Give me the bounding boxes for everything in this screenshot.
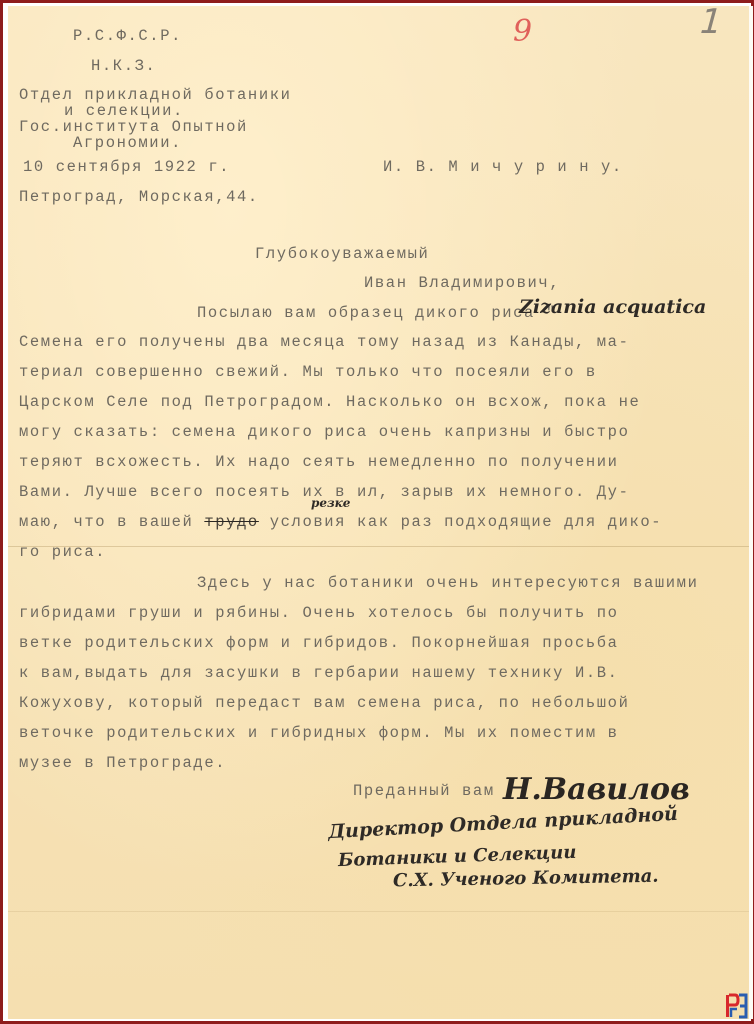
body-p1-line5: могу сказать: семена дикого риса очень к… [19,423,629,441]
salutation-line1: Глубокоуважаемый [255,245,429,263]
body-p1-line3: териал совершенно свежий. Мы только что … [19,363,597,381]
paper-fold-line [8,546,749,547]
struck-word: трудо [204,513,259,531]
body-p1-line8: маю, что в вашей трудо условия как раз п… [19,513,662,531]
body-p1-line1: Посылаю вам образец дикого риса " [197,304,557,322]
body-p1-line9: го риса. [19,543,106,561]
body-p2-line1: Здесь у нас ботаники очень интересуются … [197,574,698,592]
letterhead-rsfsr: Р.С.Ф.С.Р. [73,27,182,45]
body-p1-line4: Царском Селе под Петроградом. Насколько … [19,393,640,411]
body-p2-line7: музее в Петрограде. [19,754,226,772]
signature: Н.Вавилов [503,772,690,807]
body-p2-line5: Кожухову, который передаст вам семена ри… [19,694,629,712]
body-p1-line6: теряют всхожесть. Их надо сеять немедлен… [19,453,619,471]
paper-fold-line [8,911,749,912]
letterhead-agronomy: Агрономии. [73,134,182,152]
salutation-line2: Иван Владимирович, [364,274,560,292]
signature-title-line3: С.Х. Ученого Комитета. [393,866,659,892]
handwritten-species-name: Zizania acquatica [519,296,706,318]
letter-address: Петроград, Морская,44. [19,188,259,206]
letterhead-nkz: Н.К.З. [91,57,156,75]
archive-number-red: 9 [513,14,532,49]
body-p2-line6: веточке родительских и гибридных форм. М… [19,724,619,742]
rgae-logo-icon [725,993,749,1019]
archive-number-pencil: 1 [695,2,727,42]
body-p1-line2: Семена его получены два месяца тому наза… [19,333,629,351]
letter-date: 10 сентября 1922 г. [23,158,230,176]
body-p2-line4: к вам,выдать для засушки в гербарии наше… [19,664,619,682]
signature-title-line1: Директор Отдела прикладной [328,803,679,843]
recipient: И. В. М и ч у р и н у. [383,158,623,176]
body-p2-line3: ветке родительских форм и гибридов. Поко… [19,634,619,652]
closing: Преданный вам [353,782,495,800]
document-frame: 9 1 Р.С.Ф.С.Р. Н.К.З. Отдел прикладной б… [0,0,754,1024]
body-p2-line2: гибридами груши и рябины. Очень хотелось… [19,604,619,622]
body-p1-line8-end: условия как раз подходящие для дико- [259,513,662,531]
body-p1-line8-start: маю, что в вашей [19,513,204,531]
letter-page: 9 1 Р.С.Ф.С.Р. Н.К.З. Отдел прикладной б… [8,6,753,1019]
handwritten-correction: резке [311,496,350,510]
